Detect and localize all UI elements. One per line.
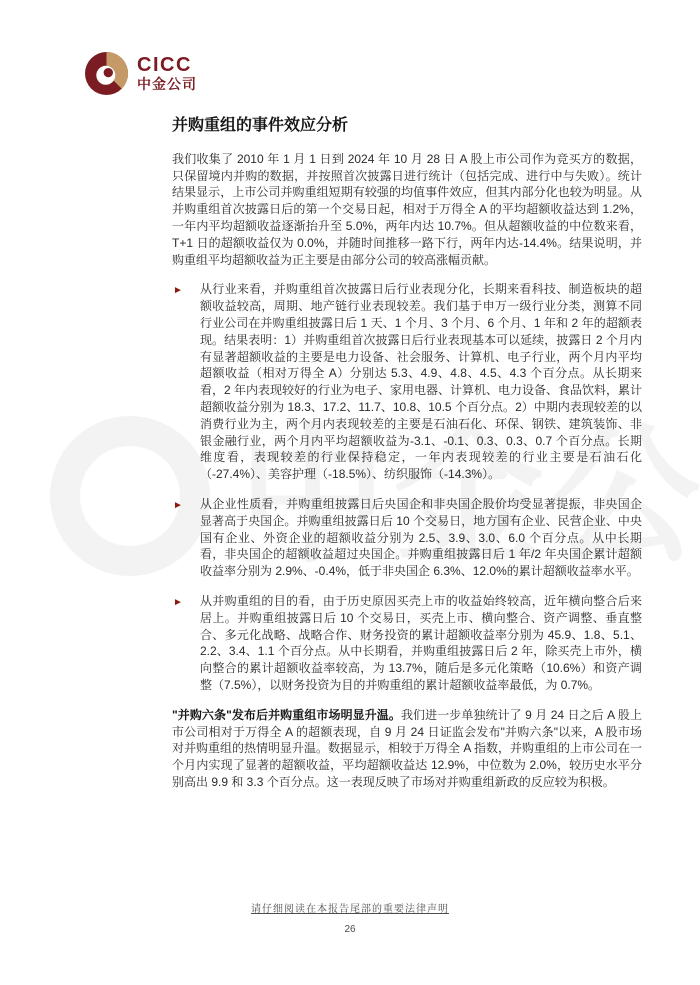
intro-paragraph: 我们收集了 2010 年 1 月 1 日到 2024 年 10 月 28 日 A… [172,151,642,269]
bullet-arrow-icon: ► [173,283,183,300]
report-body: 并购重组的事件效应分析 我们收集了 2010 年 1 月 1 日到 2024 年… [172,116,642,804]
cicc-logo-text-zh: 中金公司 [137,77,197,92]
cicc-logo-text: CICC 中金公司 [137,55,197,92]
cicc-logo-text-en: CICC [137,55,197,77]
bullet-item-industry: ► 从行业来看，并购重组首次披露日后行业表现分化，长期来看科技、制造板块的超额收… [172,281,642,483]
bullet-text: 从并购重组的目的看，由于历史原因买壳上市的收益始终较高，近年横向整合后来居上。并… [200,594,642,692]
cicc-logo-icon [85,52,128,95]
section-title: 并购重组的事件效应分析 [172,116,642,137]
bullet-arrow-icon: ► [173,498,183,515]
cicc-logo: CICC 中金公司 [85,52,197,95]
page-footer: 请仔细阅读在本报告尾部的重要法律声明 26 [0,899,700,935]
bullet-text: 从企业性质看，并购重组披露日后央国企和非央国企股价均受显著提振，非央国企显著高于… [200,497,642,578]
bullet-item-ownership: ► 从企业性质看，并购重组披露日后央国企和非央国企股价均受显著提振，非央国企显著… [172,496,642,580]
closing-lead: "并购六条"发布后并购重组市场明显升温。 [172,708,401,722]
legal-disclaimer: 请仔细阅读在本报告尾部的重要法律声明 [251,900,449,915]
closing-paragraph: "并购六条"发布后并购重组市场明显升温。我们进一步单独统计了 9 月 24 日之… [172,707,642,791]
page-number: 26 [0,924,700,935]
bullet-item-purpose: ► 从并购重组的目的看，由于历史原因买壳上市的收益始终较高，近年横向整合后来居上… [172,593,642,694]
bullet-text: 从行业来看，并购重组首次披露日后行业表现分化，长期来看科技、制造板块的超额收益较… [200,282,642,481]
report-page: 中金公司 CICC 中金公司 并购重组的事件效应分析 我们收集了 2010 年 … [0,0,700,985]
bullet-arrow-icon: ► [173,595,183,612]
bullet-list: ► 从行业来看，并购重组首次披露日后行业表现分化，长期来看科技、制造板块的超额收… [172,281,642,693]
